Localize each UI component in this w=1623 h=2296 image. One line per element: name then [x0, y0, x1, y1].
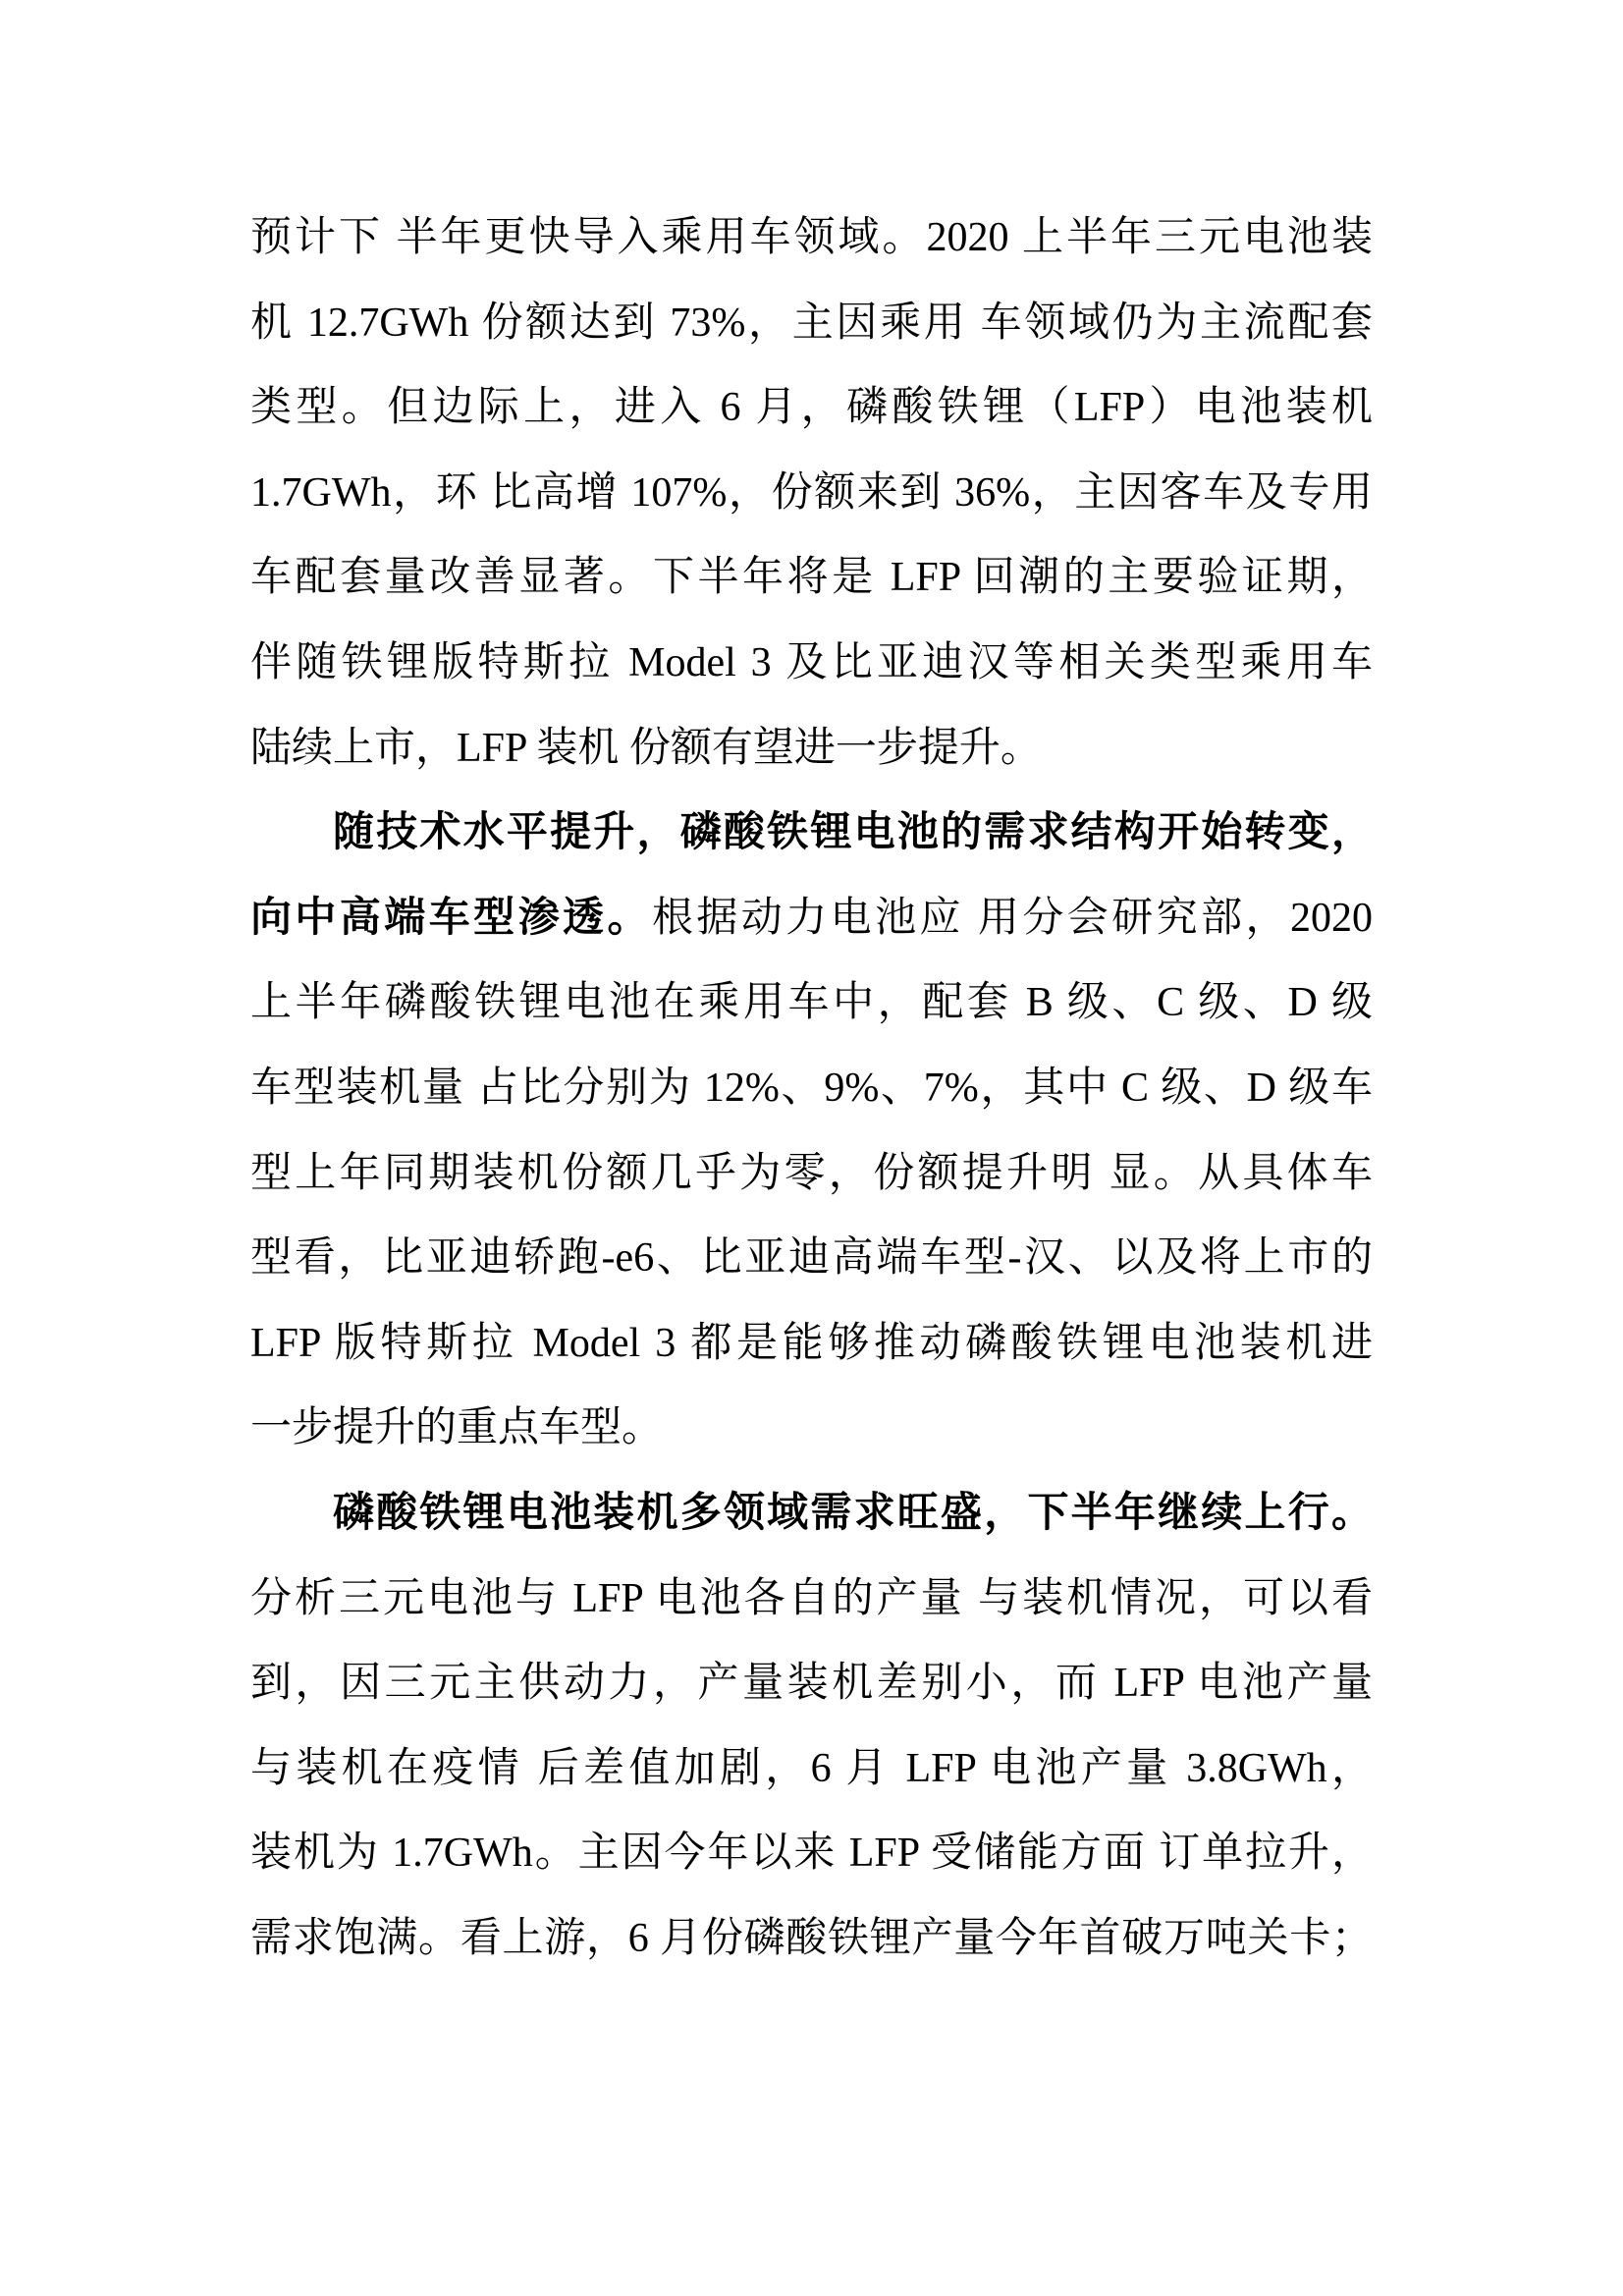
text-line: 型看，比亚迪轿跑-e6、比亚迪高端车型-汉、以及将上市的: [250, 1216, 1373, 1301]
text-segment: 类型。但边际上，进入 6 月，磷酸铁锂（LFP）电池装机: [250, 385, 1373, 430]
text-segment: LFP 版特斯拉 Model 3 都是能够推动磷酸铁锂电池装机进: [250, 1321, 1373, 1366]
text-line: LFP 版特斯拉 Model 3 都是能够推动磷酸铁锂电池装机进: [250, 1301, 1373, 1387]
text-segment: 根据动力电池应 用分会研究部，2020: [652, 896, 1373, 941]
text-line: 装机为 1.7GWh。主因今年以来 LFP 受储能方面 订单拉升，: [250, 1811, 1373, 1896]
text-segment-bold: 磷酸铁锂电池装机多领域需求旺盛，下半年继续上行。: [333, 1491, 1373, 1536]
text-line: 分析三元电池与 LFP 电池各自的产量 与装机情况，可以看: [250, 1557, 1373, 1642]
text-line: 陆续上市，LFP 装机 份额有望进一步提升。: [250, 706, 1373, 792]
text-segment: 需求饱满。看上游，6 月份磷酸铁锂产量今年首破万吨关卡；: [250, 1916, 1373, 1961]
document-page: 预计下 半年更快导入乘用车领域。2020 上半年三元电池装机 12.7GWh 份…: [0, 0, 1623, 2296]
text-segment: 型上年同期装机份额几乎为零，份额提升明 显。从具体车: [250, 1151, 1373, 1196]
text-line: 需求饱满。看上游，6 月份磷酸铁锂产量今年首破万吨关卡；: [250, 1896, 1373, 1982]
text-segment: 到，因三元主供动力，产量装机差别小，而 LFP 电池产量: [250, 1661, 1373, 1706]
text-segment: 一步提升的重点车型。: [250, 1405, 663, 1450]
text-line: 车型装机量 占比分别为 12%、9%、7%，其中 C 级、D 级车: [250, 1046, 1373, 1131]
text-segment: 车型装机量 占比分别为 12%、9%、7%，其中 C 级、D 级车: [250, 1066, 1373, 1111]
text-segment: 与装机在疫情 后差值加剧，6 月 LFP 电池产量 3.8GWh，: [250, 1746, 1373, 1791]
text-line: 伴随铁锂版特斯拉 Model 3 及比亚迪汉等相关类型乘用车: [250, 621, 1373, 706]
text-line: 一步提升的重点车型。: [250, 1386, 1373, 1471]
text-segment: 陆续上市，LFP 装机 份额有望进一步提升。: [250, 726, 1042, 771]
text-segment: 分析三元电池与 LFP 电池各自的产量 与装机情况，可以看: [250, 1576, 1373, 1621]
text-segment-bold: 随技术水平提升，磷酸铁锂电池的需求结构开始转变，: [333, 810, 1373, 855]
text-line: 与装机在疫情 后差值加剧，6 月 LFP 电池产量 3.8GWh，: [250, 1726, 1373, 1812]
text-line: 到，因三元主供动力，产量装机差别小，而 LFP 电池产量: [250, 1641, 1373, 1726]
text-line: 随技术水平提升，磷酸铁锂电池的需求结构开始转变，: [250, 791, 1373, 876]
text-segment: 型看，比亚迪轿跑-e6、比亚迪高端车型-汉、以及将上市的: [250, 1235, 1373, 1281]
text-line: 向中高端车型渗透。根据动力电池应 用分会研究部，2020: [250, 876, 1373, 961]
text-line: 磷酸铁锂电池装机多领域需求旺盛，下半年继续上行。: [250, 1471, 1373, 1557]
text-segment: 上半年磷酸铁锂电池在乘用车中，配套 B 级、C 级、D 级: [250, 980, 1373, 1025]
text-line: 预计下 半年更快导入乘用车领域。2020 上半年三元电池装: [250, 195, 1373, 281]
text-line: 型上年同期装机份额几乎为零，份额提升明 显。从具体车: [250, 1131, 1373, 1217]
text-line: 1.7GWh，环 比高增 107%，份额来到 36%，主因客车及专用: [250, 451, 1373, 536]
text-segment: 装机为 1.7GWh。主因今年以来 LFP 受储能方面 订单拉升，: [250, 1831, 1373, 1876]
text-segment: 机 12.7GWh 份额达到 73%，主因乘用 车领域仍为主流配套: [250, 301, 1373, 346]
text-line: 类型。但边际上，进入 6 月，磷酸铁锂（LFP）电池装机: [250, 365, 1373, 451]
document-text-block: 预计下 半年更快导入乘用车领域。2020 上半年三元电池装机 12.7GWh 份…: [250, 195, 1373, 1981]
text-segment: 预计下 半年更快导入乘用车领域。2020 上半年三元电池装: [250, 215, 1373, 260]
text-segment-bold: 向中高端车型渗透。: [250, 896, 652, 941]
text-line: 车配套量改善显著。下半年将是 LFP 回潮的主要验证期，: [250, 535, 1373, 621]
text-segment: 1.7GWh，环 比高增 107%，份额来到 36%，主因客车及专用: [250, 470, 1373, 516]
text-segment: 车配套量改善显著。下半年将是 LFP 回潮的主要验证期，: [250, 555, 1373, 600]
text-line: 机 12.7GWh 份额达到 73%，主因乘用 车领域仍为主流配套: [250, 281, 1373, 366]
text-line: 上半年磷酸铁锂电池在乘用车中，配套 B 级、C 级、D 级: [250, 960, 1373, 1046]
text-segment: 伴随铁锂版特斯拉 Model 3 及比亚迪汉等相关类型乘用车: [250, 640, 1373, 685]
